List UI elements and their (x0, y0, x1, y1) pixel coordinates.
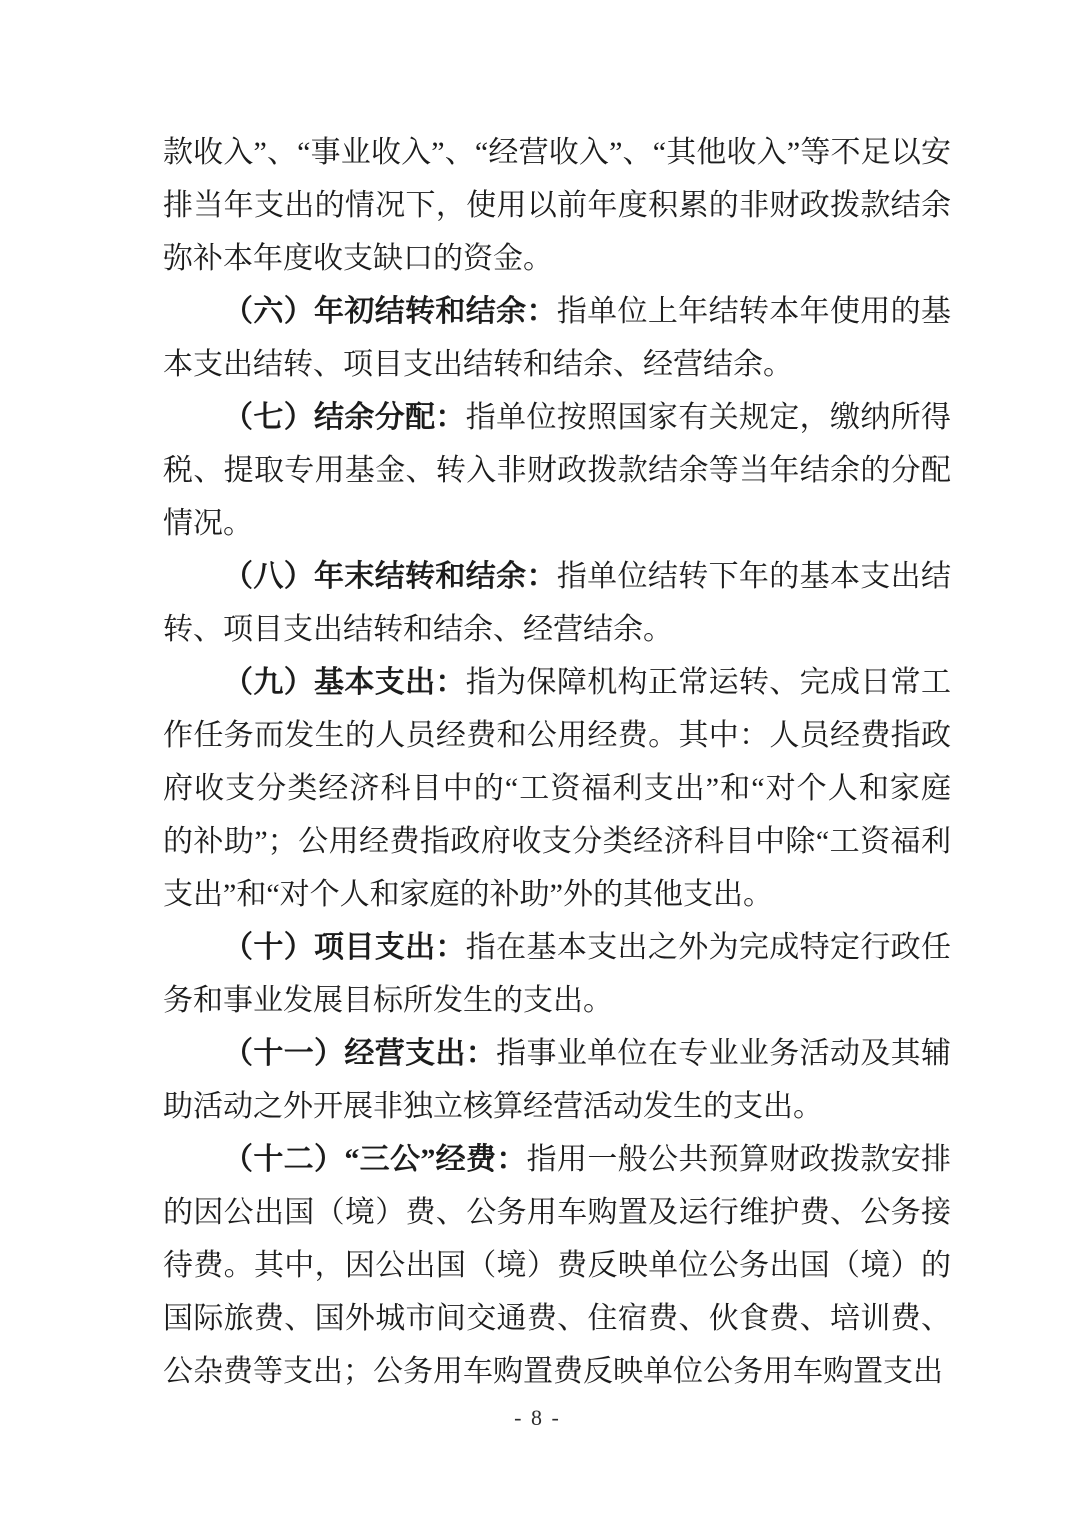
paragraph-text: 款收入”、“事业收入”、“经营收入”、“其他收入”等不足以安排当年支出的情况下，… (163, 136, 951, 275)
term-heading: （六）年初结转和结余： (223, 295, 557, 328)
paragraph-text: 指用一般公共预算财政拨款安排的因公出国（境）费、公务用车购置及运行维护费、公务接… (163, 1143, 951, 1388)
paragraph: （十）项目支出：指在基本支出之外为完成特定行政任务和事业发展目标所发生的支出。 (163, 921, 951, 1027)
term-heading: （十一）经营支出： (223, 1037, 496, 1070)
term-heading: （八）年末结转和结余： (223, 560, 557, 593)
paragraph: （九）基本支出：指为保障机构正常运转、完成日常工作任务而发生的人员经费和公用经费… (163, 656, 951, 921)
term-heading: （十）项目支出： (223, 931, 466, 964)
paragraph: （七）结余分配：指单位按照国家有关规定，缴纳所得税、提取专用基金、转入非财政拨款… (163, 391, 951, 550)
document-body: 款收入”、“事业收入”、“经营收入”、“其他收入”等不足以安排当年支出的情况下，… (163, 126, 951, 1398)
paragraph: （十二）“三公”经费：指用一般公共预算财政拨款安排的因公出国（境）费、公务用车购… (163, 1133, 951, 1398)
term-heading: （九）基本支出： (223, 666, 466, 699)
paragraph-text: 指为保障机构正常运转、完成日常工作任务而发生的人员经费和公用经费。其中：人员经费… (163, 666, 951, 911)
paragraph: 款收入”、“事业收入”、“经营收入”、“其他收入”等不足以安排当年支出的情况下，… (163, 126, 951, 285)
term-heading: （十二）“三公”经费： (223, 1143, 527, 1176)
paragraph: （八）年末结转和结余：指单位结转下年的基本支出结转、项目支出结转和结余、经营结余… (163, 550, 951, 656)
document-page: 款收入”、“事业收入”、“经营收入”、“其他收入”等不足以安排当年支出的情况下，… (0, 0, 1075, 1520)
paragraph: （六）年初结转和结余：指单位上年结转本年使用的基本支出结转、项目支出结转和结余、… (163, 285, 951, 391)
page-number: - 8 - (0, 1403, 1075, 1433)
paragraph: （十一）经营支出：指事业单位在专业业务活动及其辅助活动之外开展非独立核算经营活动… (163, 1027, 951, 1133)
term-heading: （七）结余分配： (223, 401, 466, 434)
